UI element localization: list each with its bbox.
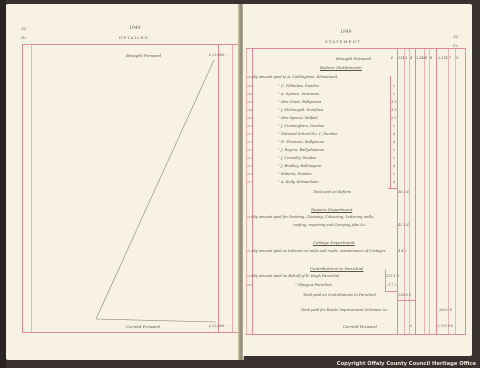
rule-left xyxy=(252,48,253,334)
left-page: 30 Dr. 1949 DETAILED Brought Forward £ 2… xyxy=(6,4,240,360)
entry-index: 204 xyxy=(247,75,253,79)
entry-index: 206 xyxy=(247,92,253,96)
entry-index: 208 xyxy=(247,108,253,112)
entry-text: By amount paid on Behalf of B. Hugh Paro… xyxy=(253,274,339,278)
bf-amount: 4 xyxy=(410,56,412,60)
carried-forward-label: Carried Forward xyxy=(343,324,377,329)
entry-index: 217 xyxy=(247,180,253,184)
entry-index: 215 xyxy=(247,164,253,168)
sub-amount-rule xyxy=(390,76,391,188)
currency-symbol: £ xyxy=(391,56,393,60)
entry-index: 207 xyxy=(247,100,253,104)
rule-index xyxy=(246,48,247,334)
entry-text: By amount paid to A. Coldingham, Kilmarn… xyxy=(253,75,338,79)
cancellation-triangle xyxy=(6,4,240,360)
entry-amount: 3 xyxy=(393,180,395,184)
section-title: Contributions to Parochial xyxy=(310,266,363,271)
section-total-amount: 126 8 5 xyxy=(398,293,411,297)
col-rule-9 xyxy=(455,48,456,334)
bf-amount: 8 xyxy=(430,56,432,60)
entry-index: 216 xyxy=(247,172,253,176)
rule-right xyxy=(465,48,466,334)
section-total-label: Total paid on Reform xyxy=(313,190,351,194)
entry-amount: 125 1 3 xyxy=(386,274,399,278)
entry-amount: 42 3 4 xyxy=(398,223,409,227)
entry-index: 212 xyxy=(247,140,253,144)
entry-text: ” J. McDougall, Dumfries xyxy=(278,108,323,112)
entry-amount: 4 4 2 xyxy=(398,249,407,253)
rule-top xyxy=(246,48,466,49)
col-rule-5 xyxy=(424,48,425,334)
entry-text: ” Glasgow Parochial xyxy=(295,283,332,287)
entry-text: ” Mrs Spence, Belfast xyxy=(278,116,318,120)
entry-text: By amount paid as Interest on walls and … xyxy=(253,249,385,253)
entry-amount: 2 2 xyxy=(391,116,396,120)
entry-index: 214 xyxy=(247,156,253,160)
section-total-label: Total paid on Contributions to Parochial xyxy=(303,293,376,297)
entry-text: By amount paid for Painting, Cleaning, C… xyxy=(253,215,374,219)
entry-index: 209 xyxy=(247,116,253,120)
entry-text: ” R. Thomson, Ballymena xyxy=(278,140,324,144)
entry-text: ” J. Cunningham, Dundee xyxy=(278,124,324,128)
entry-amount: 1 7 2 xyxy=(388,283,397,287)
entry-index: 205 xyxy=(247,84,253,88)
bf-amount: 7 xyxy=(449,56,451,60)
entry-text: ” C. Whitelaw, Dundee xyxy=(278,84,319,88)
col-rule-3 xyxy=(409,48,410,334)
entry-amount: 3 3 xyxy=(391,108,396,112)
bf-amount: 9 xyxy=(456,56,458,60)
bf-amount: 3 xyxy=(405,56,407,60)
subtotal-rule xyxy=(388,188,397,189)
section-title: Repairs Department xyxy=(311,207,352,212)
entry-index: 211 xyxy=(247,132,253,136)
page-number: 30 xyxy=(453,34,458,39)
entry-index: 221 xyxy=(247,283,253,287)
section-title: Reform (Settlement) xyxy=(320,65,362,70)
copyright-watermark: Copyright Offaly County Council Heritage… xyxy=(337,361,476,367)
right-page: 1949 STATEMENT 30 Cr. Brought Forward £ … xyxy=(243,4,472,356)
bf-amount: 2,514 xyxy=(438,56,448,60)
brought-forward-label: Brought Forward xyxy=(336,56,371,61)
entry-text: ” Mrs Grant, Ballymena xyxy=(278,100,321,104)
entry-amount: 3 3 xyxy=(391,100,396,104)
section-title: Cottage Department xyxy=(313,240,355,245)
bf-amount: 6 xyxy=(425,56,427,60)
entry-amount: 3 xyxy=(393,132,395,136)
grand-total-label: Total paid for Estate Improvement Scheme… xyxy=(301,308,389,312)
entry-amount: 2 xyxy=(393,84,395,88)
entry-index: 219 xyxy=(247,249,253,253)
bf-amount: 214 xyxy=(398,56,404,60)
entry-text: ” A. Spence, Inverness xyxy=(278,92,319,96)
entry-amount: 3 xyxy=(393,140,395,144)
entry-text-continuation: roofing, repairing and Carrying jobs &c. xyxy=(293,223,367,227)
entry-text: ” Roberts, Dundee xyxy=(278,172,312,176)
entry-text: ” National School No. 1, Dundee xyxy=(278,132,337,136)
entry-text: ” J. Connolly, Dundee xyxy=(278,156,316,160)
section-total-amount: 36 3 4 xyxy=(398,190,409,194)
entry-text: ” J. Bradley, Ballinagore xyxy=(278,164,321,168)
col-rule-8 xyxy=(448,48,449,334)
entry-text: ” J. Rogers, Ballyshannon xyxy=(278,148,324,152)
subtotal-rule xyxy=(385,291,397,292)
entry-amount: 2 xyxy=(393,92,395,96)
entry-amount: 2 xyxy=(393,172,395,176)
col-rule-7 xyxy=(436,48,437,334)
entry-amount: 2 xyxy=(393,156,395,160)
entry-amount: 3 xyxy=(393,164,395,168)
entry-amount: 2 xyxy=(393,124,395,128)
carried-forward-amount: 2,723 9 6 xyxy=(437,324,453,328)
year-label: 1949 xyxy=(340,30,351,35)
entry-index: 218 xyxy=(247,215,253,219)
entry-index: 213 xyxy=(247,148,253,152)
grand-total-amount: 209 3 9 xyxy=(439,308,452,312)
entry-index: 210 xyxy=(247,124,253,128)
rule-bottom xyxy=(246,334,466,335)
col-rule-6 xyxy=(429,48,430,334)
entry-index: 220 xyxy=(247,274,253,278)
entry-text: ” A. Kelly, Kilmainham xyxy=(278,180,319,184)
entry-amount: 2 xyxy=(393,148,395,152)
page-heading: STATEMENT xyxy=(325,39,361,44)
col-rule-4 xyxy=(415,48,416,334)
currency-symbol: £ xyxy=(410,324,412,328)
total-rule xyxy=(397,300,415,301)
